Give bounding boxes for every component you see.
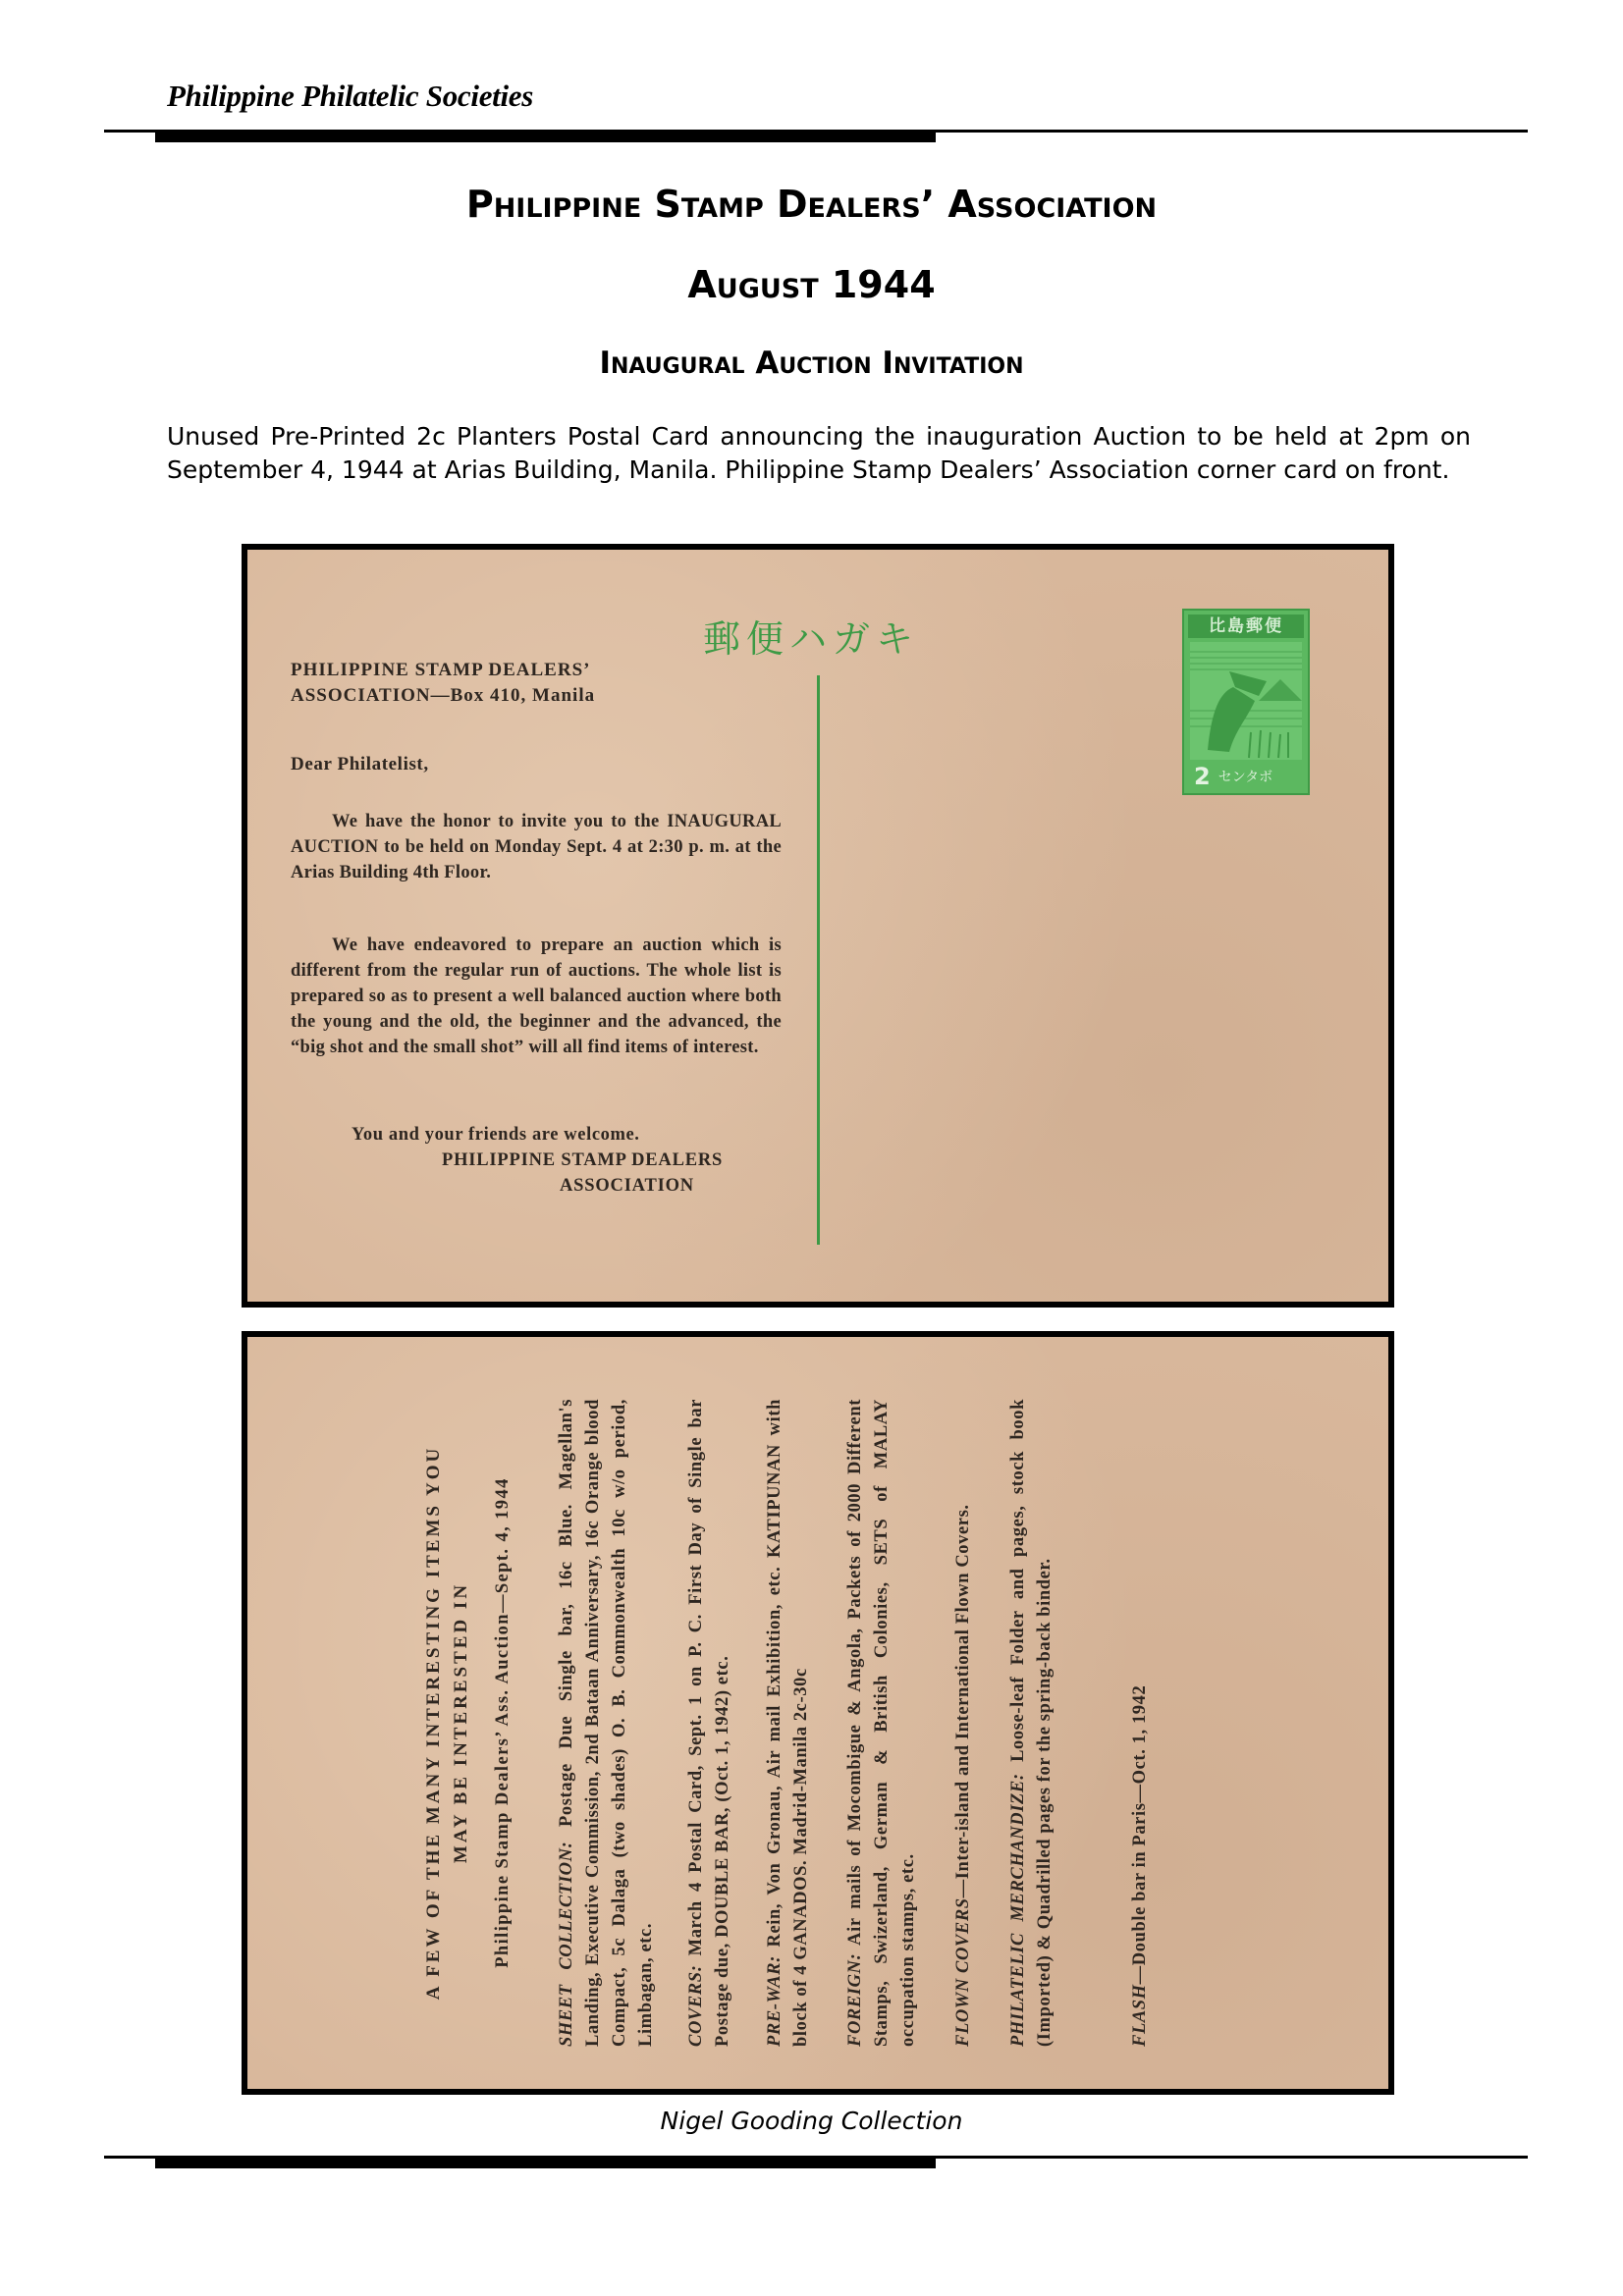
rice-planter-icon bbox=[1190, 642, 1302, 760]
stamp-country-text: 比島郵便 bbox=[1188, 614, 1304, 638]
footer-rule-thick bbox=[155, 2159, 936, 2168]
invitation-paragraph-1: We have the honor to invite you to the I… bbox=[291, 809, 782, 885]
section-flash: FLASH—Double bar in Paris—Oct. 1, 1942 bbox=[1127, 1399, 1154, 2047]
auction-date-line: Philippine Stamp Dealers’ Ass. Auction—S… bbox=[493, 1399, 514, 2047]
invitation-paragraph-2: We have endeavored to prepare an auction… bbox=[291, 933, 782, 1060]
stamp-currency-text: センタボ bbox=[1218, 770, 1272, 785]
section-text: Rein, Von Gronau, Air mail Exhibition, e… bbox=[765, 1399, 811, 2047]
section-text: Air mails of Mocombigue & Angola, Packet… bbox=[845, 1399, 918, 2047]
back-title-line-2: MAY BE INTERESTED IN bbox=[448, 1399, 475, 2047]
page-date-heading: August 1944 bbox=[0, 263, 1623, 306]
section-sheet-collection: SHEET COLLECTION: Postage Due Single bar… bbox=[554, 1399, 660, 2047]
section-text: —Double bar in Paris—Oct. 1, 1942 bbox=[1130, 1685, 1150, 1985]
greeting: Dear Philatelist, bbox=[291, 754, 429, 775]
sender-line-2: ASSOCIATION—Box 410, Manila bbox=[291, 683, 595, 709]
description-paragraph: Unused Pre-Printed 2c Planters Postal Ca… bbox=[167, 420, 1471, 487]
section-flown-covers: FLOWN COVERS—Inter-island and Internatio… bbox=[950, 1399, 977, 2047]
collection-caption: Nigel Gooding Collection bbox=[0, 2107, 1623, 2135]
paragraph-text: We have endeavored to prepare an auction… bbox=[291, 933, 782, 1060]
signature-line-2: ASSOCIATION bbox=[560, 1176, 694, 1197]
paragraph-text: We have the honor to invite you to the I… bbox=[291, 809, 782, 885]
sender-line-1: PHILIPPINE STAMP DEALERS’ bbox=[291, 658, 595, 683]
page-title: Philippine Stamp Dealers’ Association bbox=[0, 183, 1623, 226]
back-title-line-1: A FEW OF THE MANY INTERESTING ITEMS YOU bbox=[420, 1399, 448, 2047]
back-title: A FEW OF THE MANY INTERESTING ITEMS YOU … bbox=[420, 1399, 475, 2047]
section-label: FLASH bbox=[1130, 1984, 1150, 2047]
welcome-line: You and your friends are welcome. bbox=[352, 1125, 640, 1146]
section-foreign: FOREIGN: Air mails of Mocombigue & Angol… bbox=[842, 1399, 922, 2047]
stamp-denomination: 2センタボ bbox=[1188, 764, 1304, 789]
header-title: Philippine Philatelic Societies bbox=[167, 79, 533, 114]
header-rule-thick bbox=[155, 133, 936, 142]
section-text: —Inter-island and International Flown Co… bbox=[953, 1504, 973, 1897]
section-pre-war: PRE-WAR: Rein, Von Gronau, Air mail Exhi… bbox=[762, 1399, 815, 2047]
address-divider-line bbox=[817, 675, 820, 1245]
section-covers: COVERS: March 4 Postal Card, Sept. 1 on … bbox=[683, 1399, 736, 2047]
section-text: March 4 Postal Card, Sept. 1 on P. C. Fi… bbox=[686, 1399, 732, 2047]
postal-card-front-image: 郵便ハガキ PHILIPPINE STAMP DEALERS’ ASSOCIAT… bbox=[242, 544, 1394, 1308]
rotated-auction-list: A FEW OF THE MANY INTERESTING ITEMS YOU … bbox=[263, 1350, 1373, 2076]
sender-corner-card: PHILIPPINE STAMP DEALERS’ ASSOCIATION—Bo… bbox=[291, 658, 595, 709]
section-label: FOREIGN: bbox=[845, 1953, 865, 2047]
section-label: PHILATELIC MERCHANDIZE: bbox=[1008, 1773, 1028, 2047]
stamp-value: 2 bbox=[1194, 763, 1211, 790]
signature-line-1: PHILIPPINE STAMP DEALERS bbox=[442, 1150, 723, 1171]
section-label: SHEET COLLECTION: bbox=[557, 1842, 576, 2047]
postal-card-back-image: A FEW OF THE MANY INTERESTING ITEMS YOU … bbox=[242, 1331, 1394, 2095]
page-subtitle: Inaugural Auction Invitation bbox=[0, 346, 1623, 381]
section-label: COVERS: bbox=[686, 1965, 706, 2047]
section-label: PRE-WAR: bbox=[765, 1955, 784, 2047]
section-label: FLOWN COVERS bbox=[953, 1897, 973, 2047]
section-philatelic-merchandize: PHILATELIC MERCHANDIZE: Loose-leaf Folde… bbox=[1005, 1399, 1058, 2047]
japanese-postcard-heading: 郵便ハガキ bbox=[703, 609, 919, 663]
imprinted-stamp: 比島郵便 2センタボ bbox=[1182, 609, 1310, 795]
